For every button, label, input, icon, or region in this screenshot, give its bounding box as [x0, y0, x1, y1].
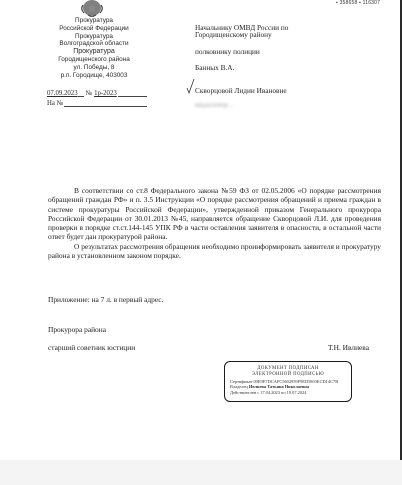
- attachment-note: Приложение: на 7 л. в первый адрес.: [48, 295, 163, 304]
- addressee-block: Начальнику ОМВД России по Городищенскому…: [195, 24, 395, 94]
- issuer-block: Прокуратура Российской Федерации Прокура…: [44, 17, 144, 79]
- signatory-title: Прокурора района: [48, 325, 106, 334]
- reply-to-label: На №: [47, 100, 63, 107]
- handwritten-checkmark-icon: [186, 78, 196, 94]
- outgoing-number: 1р-2023: [94, 90, 117, 97]
- coat-of-arms-emblem-icon: [77, 0, 107, 17]
- copy-to-recipient: Скворцовой Лидии Ивановне: [195, 87, 395, 94]
- letter-body: В соответствии со ст.8 Федерального зако…: [48, 186, 381, 260]
- signatory-name: Т.Н. Ивлиева: [328, 343, 369, 352]
- addressee-rank: полковнику полиции: [195, 48, 395, 55]
- reply-to-blank-line: [64, 99, 147, 107]
- issuer-line: р.п. Городище, 403003: [44, 72, 144, 80]
- addressee-line: Городищенскому району: [195, 31, 395, 38]
- redacted-email: lidiya1939@...: [195, 103, 275, 111]
- reference-number: 116307: [363, 0, 381, 6]
- electronic-signature-stamp: ДОКУМЕНТ ПОДПИСАН ЭЛЕКТРОННОЙ ПОДПИСЬЮ С…: [224, 361, 352, 402]
- signatory-rank: старший советник юстиции: [48, 343, 135, 352]
- issuer-line: ул. Победы, 8: [44, 64, 144, 72]
- issuer-line: Прокуратура: [44, 48, 144, 56]
- outgoing-date: 07.09.2023: [47, 90, 78, 97]
- issuer-line: Прокуратура: [44, 17, 144, 25]
- number-label: №: [86, 90, 93, 97]
- document-page: Прокуратура Российской Федерации Прокура…: [0, 0, 402, 460]
- outgoing-reference: 07.09.2023 № 1р-2023 На №: [47, 87, 147, 107]
- top-reference-numbers: ▪ 358658 ▪ 116307: [336, 0, 380, 6]
- underline-divider: [78, 89, 84, 97]
- issuer-line: Волгоградской области: [44, 40, 144, 48]
- underline-divider: [118, 89, 147, 97]
- stamp-heading: ЭЛЕКТРОННОЙ ПОДПИСЬЮ: [225, 372, 351, 378]
- stamp-validity: Действителен с 17.04.2023 по 10.07.2024: [230, 390, 351, 395]
- body-paragraph: В соответствии со ст.8 Федерального зако…: [48, 186, 381, 242]
- reference-number: 358658: [340, 0, 358, 6]
- addressee-name: Банных В.А.: [195, 64, 395, 71]
- issuer-line: Городищенского района: [44, 56, 144, 64]
- body-paragraph: О результатах рассмотрения обращения нео…: [48, 242, 381, 261]
- viewer-background: [0, 460, 402, 485]
- issuer-line: Российской Федерации: [44, 25, 144, 33]
